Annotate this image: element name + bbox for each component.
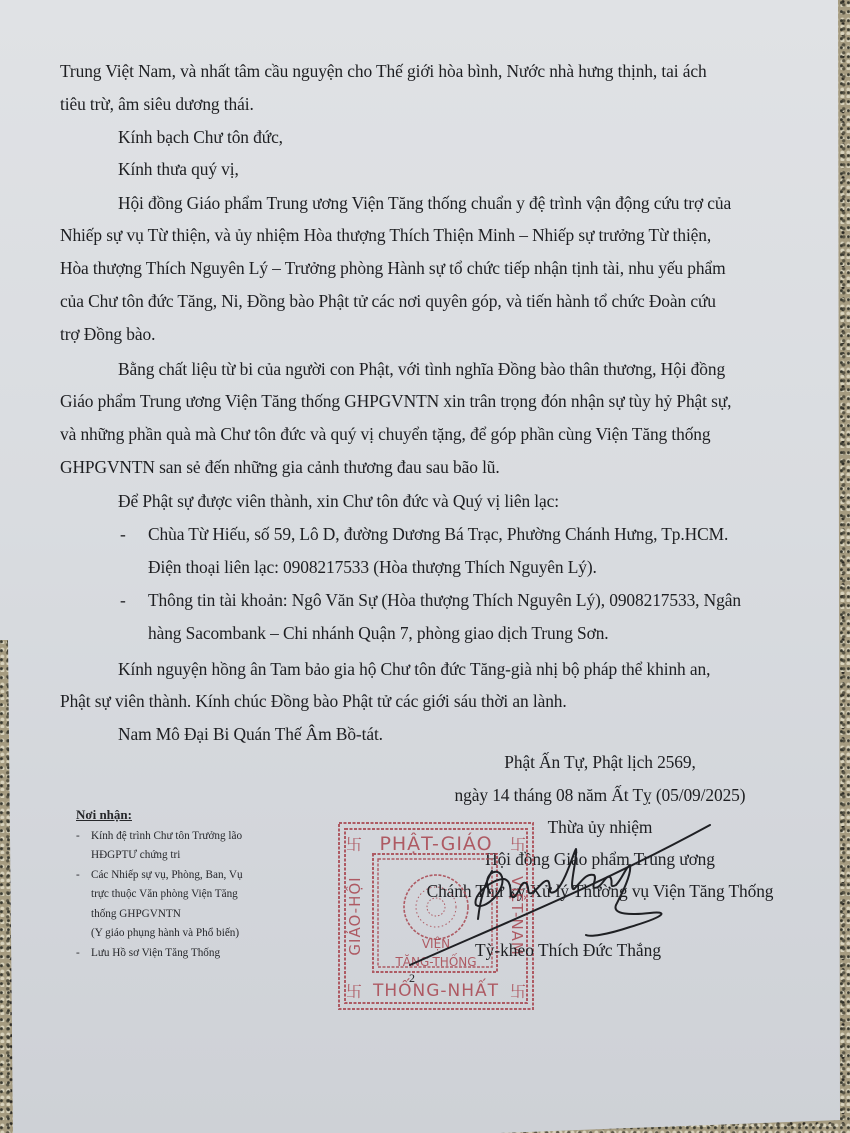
body-line: Nhiếp sự vụ Từ thiện, và ủy nhiệm Hòa th… — [60, 225, 711, 246]
bank-account-line: hàng Sacombank – Chi nhánh Quận 7, phòng… — [148, 623, 609, 644]
recipient-item: - Kính đệ trình Chư tôn Trưởng lão HĐGPT… — [76, 827, 286, 866]
bank-account-line: Thông tin tài khoản: Ngô Văn Sự (Hòa thư… — [148, 590, 741, 611]
body-line: của Chư tôn đức Tăng, Ni, Đồng bào Phật … — [60, 291, 716, 312]
stamp-left-text: GIÁO-HỘI — [345, 876, 364, 955]
body-line: Để Phật sự được viên thành, xin Chư tôn … — [118, 491, 559, 512]
bullet-dash: - — [120, 524, 126, 545]
date: ngày 14 tháng 08 năm Ất Tỵ (05/09/2025) — [400, 785, 800, 806]
recipients-title: Nơi nhận: — [76, 805, 286, 825]
body-line: Trung Việt Nam, và nhất tâm cầu nguyện c… — [60, 61, 707, 82]
recipients-list: Nơi nhận: - Kính đệ trình Chư tôn Trưởng… — [76, 805, 286, 963]
swastika-icon: 卐 — [346, 835, 362, 854]
body-line: và những phần quà mà Chư tôn đức và quý … — [60, 424, 711, 445]
invocation: Nam Mô Đại Bi Quán Thế Âm Bồ-tát. — [118, 724, 383, 745]
body-line: Bằng chất liệu từ bi của người con Phật,… — [118, 359, 725, 380]
place-date: Phật Ấn Tự, Phật lịch 2569, — [400, 752, 800, 773]
signer-name: Tỳ-kheo Thích Đức Thắng — [475, 940, 661, 961]
closing-line: Kính nguyện hồng ân Tam bảo gia hộ Chư t… — [118, 659, 710, 680]
body-line: GHPGVNTN san sẻ đến những gia cảnh thươn… — [60, 457, 500, 478]
contact-phone: Điện thoại liên lạc: 0908217533 (Hòa thư… — [148, 557, 597, 578]
bullet-dash: - — [120, 590, 126, 611]
closing-line: Phật sự viên thành. Kính chúc Đồng bào P… — [60, 691, 567, 712]
swastika-icon: 卐 — [346, 982, 362, 1001]
recipient-item: - Các Nhiếp sự vụ, Phòng, Ban, Vụ trực t… — [76, 866, 286, 944]
body-line: trợ Đồng bào. — [60, 324, 155, 345]
contact-address: Chùa Từ Hiếu, số 59, Lô D, đường Dương B… — [148, 524, 728, 545]
greeting-line: Kính thưa quý vị, — [118, 159, 239, 180]
greeting-line: Kính bạch Chư tôn đức, — [118, 127, 283, 148]
body-line: Hòa thượng Thích Nguyên Lý – Trưởng phòn… — [60, 258, 726, 279]
body-line: Hội đồng Giáo phẩm Trung ương Viện Tăng … — [118, 193, 731, 214]
body-line: Giáo phẩm Trung ương Viện Tăng thống GHP… — [60, 391, 731, 412]
recipient-item: - Lưu Hồ sơ Viện Tăng Thống — [76, 944, 286, 964]
body-line: tiêu trừ, âm siêu dương thái. — [60, 94, 254, 115]
